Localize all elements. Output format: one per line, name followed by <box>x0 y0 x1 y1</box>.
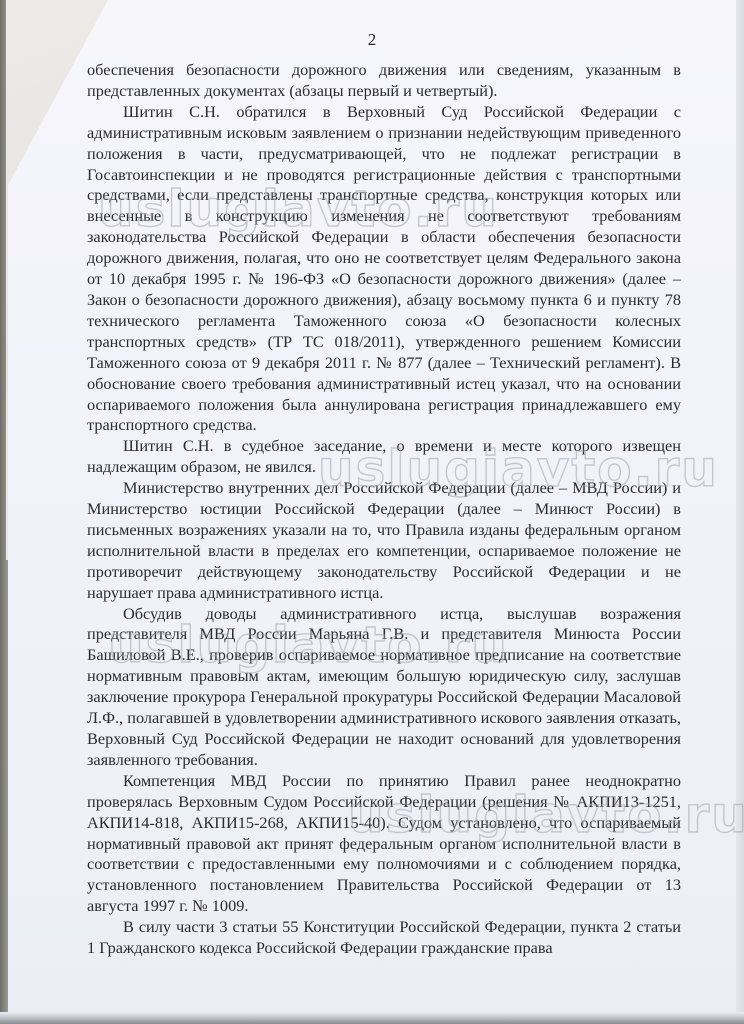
page-bottom-shadow <box>0 1012 744 1024</box>
paragraph-continuation: обеспечения безопасности дорожного движе… <box>87 60 681 102</box>
page-number: 2 <box>0 30 744 50</box>
paragraph-absence: Шитин С.Н. в судебное заседание, о време… <box>87 436 681 478</box>
document-body: обеспечения безопасности дорожного движе… <box>87 60 681 959</box>
paragraph-deliberation: Обсудив доводы административного истца, … <box>87 604 681 771</box>
paragraph-objections: Министерство внутренних дел Российской Ф… <box>87 478 681 603</box>
paragraph-claim: Шитин С.Н. обратился в Верховный Суд Рос… <box>87 102 681 437</box>
paragraph-competence: Компетенция МВД России по принятию Прави… <box>87 771 681 917</box>
page-right-edge <box>736 0 744 1024</box>
paragraph-constitution: В силу части 3 статьи 55 Конституции Рос… <box>87 917 681 959</box>
